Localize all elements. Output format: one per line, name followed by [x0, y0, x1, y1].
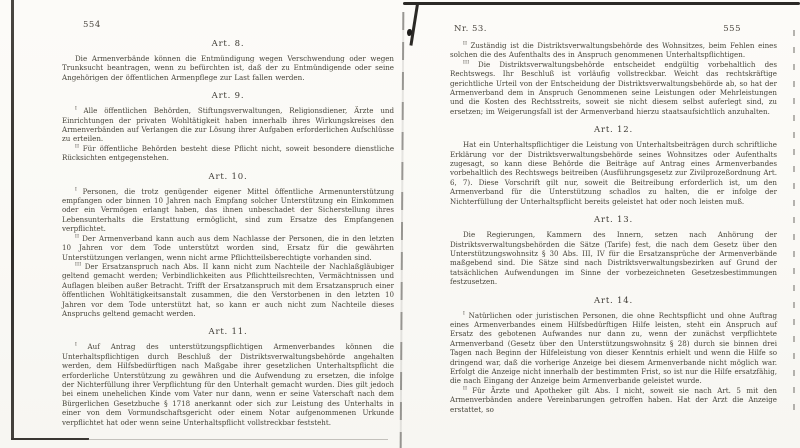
page-left: 554 Art. 8.Die Armenverbände können die … — [62, 0, 394, 427]
article-heading: Art. 10. — [62, 172, 394, 182]
paragraph-number-marker: II — [75, 144, 83, 149]
article-heading: Art. 8. — [62, 39, 394, 49]
page-left-sections: Art. 8.Die Armenverbände können die Entm… — [62, 39, 394, 427]
scan-edge-right-marks — [793, 30, 795, 420]
paragraph-number-marker: II — [463, 386, 472, 391]
article-heading: Art. 13. — [450, 215, 777, 225]
article-paragraph: Die Regierungen, Kammern des Innern, set… — [450, 230, 777, 286]
article-paragraph: II Zuständig ist die Distriktsverwaltung… — [450, 41, 777, 60]
paragraph-number-marker: III — [463, 60, 478, 65]
article-heading: Art. 11. — [62, 327, 394, 337]
page-crease-mark — [409, 4, 418, 46]
article-paragraph: III Der Ersatzanspruch nach Abs. II kann… — [62, 262, 394, 318]
article-paragraph: II Der Armenverband kann auch aus dem Na… — [62, 234, 394, 262]
article-heading: Art. 12. — [450, 125, 777, 135]
issue-number-label: Nr. 53. — [454, 24, 487, 34]
article-paragraph: I Personen, die trotz genügender eigener… — [62, 187, 394, 234]
article-heading: Art. 9. — [62, 91, 394, 101]
article-paragraph: I Alle öffentlichen Behörden, Stiftungsv… — [62, 106, 394, 144]
page-left-header: 554 — [62, 20, 394, 30]
page-right-header: Nr. 53. 555 — [450, 24, 777, 34]
page-number-right: 555 — [723, 24, 741, 34]
paragraph-number-marker: II — [463, 42, 470, 47]
page-right-sections: II Zuständig ist die Distriktsverwaltung… — [450, 41, 777, 414]
scan-edge-bottom-line — [88, 439, 388, 440]
paragraph-number-marker: I — [75, 107, 84, 112]
article-heading: Art. 14. — [450, 296, 777, 306]
article-paragraph: Hat ein Unterhaltspflichtiger die Leistu… — [450, 140, 777, 206]
paragraph-number-marker: II — [75, 234, 82, 239]
article-paragraph: I Natürlichen oder juristischen Personen… — [450, 311, 777, 386]
paragraph-number-marker: I — [75, 187, 83, 192]
page-number-left: 554 — [83, 20, 101, 30]
page-fold-line — [400, 12, 404, 448]
paragraph-number-marker: III — [75, 263, 85, 268]
book-scan: 554 Art. 8.Die Armenverbände können die … — [0, 0, 800, 448]
paragraph-number-marker: I — [75, 343, 88, 348]
article-paragraph: II Für öffentliche Behörden besteht dies… — [62, 144, 394, 163]
paragraph-number-marker: I — [463, 311, 469, 316]
article-paragraph: Die Armenverbände können die Entmündigun… — [62, 54, 394, 82]
page-right: Nr. 53. 555 II Zuständig ist die Distrik… — [450, 0, 777, 414]
article-paragraph: II Für Ärzte und Apotheker gilt Abs. I n… — [450, 386, 777, 414]
scan-edge-left-line — [11, 0, 14, 440]
article-paragraph: I Auf Antrag des unterstützungspflichtig… — [62, 342, 394, 427]
scan-edge-bottom-corner — [11, 438, 89, 440]
article-paragraph: III Die Distriktsverwaltungsbehörde ents… — [450, 60, 777, 116]
